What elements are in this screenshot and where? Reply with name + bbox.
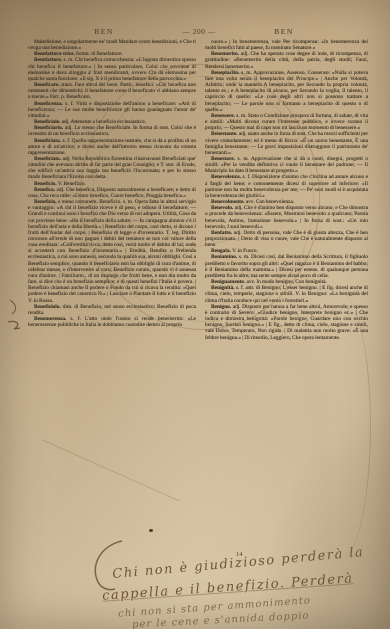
dictionary-entry: Beneficare.trans. Fare altrui del bene. … (28, 82, 196, 100)
page-number: — 200 — (164, 27, 234, 36)
dictionary-entry: Benefizio,e meno comunem. Beneficio. s. … (28, 199, 196, 304)
right-column: cuore.» | In benemerenza, vale Per ricom… (205, 39, 368, 552)
dictionary-entry: Beniamino.s. m. Dicesi così, dal Beniami… (205, 254, 368, 279)
margin-ink-mark (4, 296, 30, 342)
entry-headword: Beniamino. (211, 254, 239, 260)
dictionary-entry: Beneficiario.adj. Lo stesso che Benefici… (28, 125, 196, 137)
entry-text: adj. Disposto per natura a far bene altr… (205, 304, 368, 341)
dictionary-entry: cuore.» | In benemerenza, vale Per ricom… (205, 39, 368, 51)
dictionary-entry: Benefiziolo.dim. di Benefizio, nel senso… (28, 304, 196, 316)
dictionary-entry: Benefico.adj. Che benefica, Disposto nat… (28, 187, 196, 199)
dictionary-entry: Benemerenza.s. f. L'atto onde l'uomo si … (28, 316, 196, 328)
dictionary-entry: Benemerito.adj. Che ha operato cose degn… (205, 51, 368, 69)
dictionary-entry: Benfatto.adj. Detto di persona, vale Che… (205, 230, 368, 248)
entry-headword: Benefattore. (34, 57, 63, 63)
dictionary-entry: Benestante.adj. usato anche in forza di … (205, 131, 368, 156)
entry-text: cuore.» | In benemerenza, vale Per ricom… (205, 39, 368, 51)
dictionary-entry: Beneficiato.adj. Nella Repubblica fioren… (28, 156, 196, 181)
header-keyword-right: BEN (262, 27, 306, 36)
book-page: BEN — 200 — BEN Maledizione, e singolarm… (0, 0, 390, 629)
text-block: Maledizione, e singolarmente ne' modi Ma… (28, 39, 368, 552)
running-header: BEN — 200 — BEN (0, 27, 390, 39)
entry-headword: Beneficiata. (34, 138, 62, 144)
entry-text: e meno comunem. Beneficio. s. m. Opera f… (28, 199, 196, 304)
header-keyword-left: BEN (82, 27, 126, 36)
entry-headword: Beneficenza. (34, 101, 65, 107)
entry-headword: Benestante. (211, 131, 239, 137)
dictionary-entry: Beneplacito.s. m. Approvazione, Assenso,… (205, 70, 368, 113)
dictionary-entry: Benestare.s. m. Approvazione che si dà a… (205, 156, 368, 174)
entry-text: Maledizione, e singolarmente ne' modi Ma… (28, 39, 196, 51)
entry-headword: Benevolenza. (211, 174, 243, 180)
dictionary-entry: Benigno.adj. Disposto per natura a far b… (205, 304, 368, 341)
entry-headword: Benefico. (34, 187, 56, 193)
dictionary-entry: Benignità.s. f. astr. di Benigno; L'esse… (205, 285, 368, 303)
dictionary-entry: Benevolenza.s. f. Disposizione d'animo c… (205, 174, 368, 199)
entry-headword: Benfatto. (211, 230, 234, 236)
dictionary-entry: Beneficiata.s. f. Quella rappresentazion… (28, 138, 196, 156)
dictionary-entry: Beneficenza.s. f. Virtù e disposizione d… (28, 101, 196, 119)
entry-text: s. m. Approvazione, Assenso, Consenso: «… (205, 70, 368, 113)
entry-headword: Beneficio. (34, 181, 58, 187)
entry-headword: Benessere. (211, 113, 236, 119)
entry-headword: Beneplacito. (211, 70, 241, 76)
dictionary-entry: Maledizione, e singolarmente ne' modi Ma… (28, 39, 196, 51)
entry-text: V. Benefizio. (58, 181, 86, 187)
dictionary-entry: Benessere.s. m. Stato o Condizione prosp… (205, 113, 368, 131)
left-column: Maledizione, e singolarmente ne' modi Ma… (28, 39, 196, 538)
dictionary-entry: Benevolo.adj. Che è d'animo ben disposto… (205, 205, 368, 230)
dictionary-entry: Benefattore.s. m. Chi benefica comecches… (28, 57, 196, 82)
entry-headword: Benefiziolo. (34, 304, 63, 310)
entry-headword: Benigno. (211, 304, 233, 310)
